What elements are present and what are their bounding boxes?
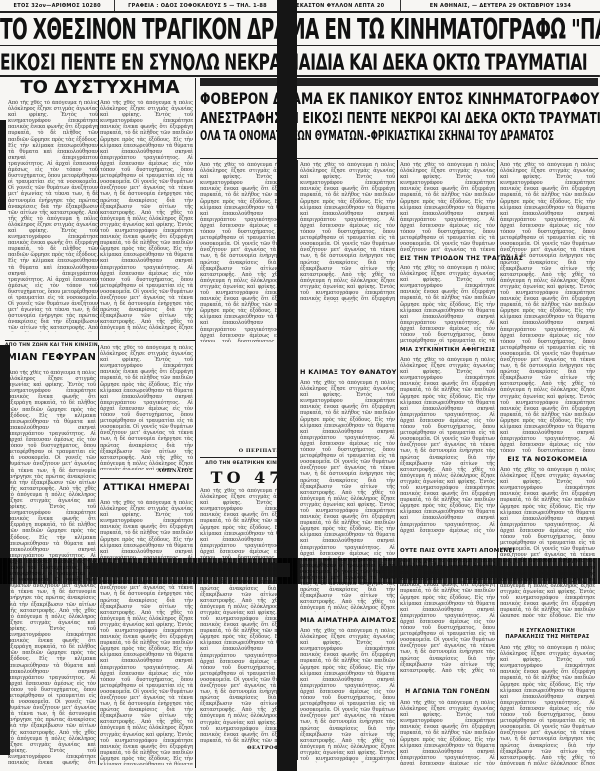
story-headline-accident: ΤΟ ΔΥΣΤΥΧΗΜΑ [10,77,190,98]
date-line: ΕΝ ΑΘΗΝΑΙΣ, — ΔΕΥΤΕΡΑ 29 ΟΚΤΩΒΡΙΟΥ 1934 [401,0,600,11]
column-divider [195,78,196,768]
banner-rule [0,45,600,46]
main-story-subheads: ΦΟΒΕΡΟΝ ΔΡΑΜΑ ΕΚ ΠΑΝΙΚΟΥ ΕΝΤΟΣ ΚΙΝΗΜΑΤΟΓ… [200,86,598,144]
text-column-2a: Απὸ τῆς χθὲς τὸ ἀπόγευμα ἡ πόλις ὁλόκληρ… [100,100,193,332]
text-column-1a: Απὸ τῆς χθὲς τὸ ἀπόγευμα ἡ πόλις ὁλόκληρ… [8,100,98,332]
section-rule [5,340,195,341]
fold-mark-horizontal-core [380,566,590,578]
banner-headline-1: ΤΟ ΧΘΕΣΙΝΟΝ ΤΡΑΓΙΚΟΝ ΔΡΑΜΑ ΕΝ ΤΩ ΚΙΝΗΜΑΤ… [0,13,600,43]
subhead-names: ΟΛΑ ΤΑ ΟΝΟΜΑΤΑ ΤΩΝ ΘΥΜΑΤΩΝ.-ΦΡΙΚΙΑΣΤΙΚΑΙ… [200,129,598,144]
column-divider [397,160,398,760]
headline-mother-plea: Η ΣΥΓΚΛΟΝΙΣΤΙΚΗ ΠΑΡΑΚΛΗΣΙΣ ΤΗΣ ΜΗΤΕΡΑΣ [500,628,595,640]
text-column-6b: Απὸ τῆς χθὲς τὸ ἀπόγευμα ἡ πόλις ὁλόκληρ… [500,467,595,617]
decorative-bar [200,78,598,86]
headline-parents-agony: Η ΑΓΩΝΙΑ ΤΩΝ ΓΟΝΕΩΝ [400,688,495,695]
fold-mark-left-edge [0,345,10,755]
text-column-5b: Απὸ τῆς χθὲς τὸ ἀπόγευμα ἡ πόλις ὁλόκληρ… [400,265,495,345]
headline-moving-account: ΜΙΑ ΣΥΓΚΙΝΗΤΙΚΗ ΑΦΗΓΗΣΙΣ [400,347,495,353]
text-column-5c: Απὸ τῆς χθὲς τὸ ἀπόγευμα ἡ πόλις ὁλόκληρ… [400,357,495,535]
column-divider [98,100,99,340]
headline-neither-bread: ΟΥΤΕ ΠΑΙΣ ΟΥΤΕ ΧΑΡΤΙ ΑΠΟΜΕΝΕΙ [400,548,495,554]
text-column-2b: Απὸ τῆς χθὲς τὸ ἀπόγευμα ἡ πόλις ὁλόκληρ… [100,345,193,470]
kicker-life: ΑΠΟ ΤΗΝ ΖΩΗΝ ΚΑΙ ΤΗΝ ΚΙΝΗΣΙΝ [5,343,98,348]
text-column-5e: Απὸ τῆς χθὲς τὸ ἀπόγευμα ἡ πόλις ὁλόκληρ… [400,700,495,765]
column-divider [497,160,498,760]
banner-headline-2: ΕΙΚΟΣΙ ΠΕΝΤΕ ΕΝ ΣΥΝΟΛΩ ΝΕΚΡΑ ΠΑΙΔΙΑ ΚΑΙ … [0,51,600,77]
headline-death-climax: Η ΚΛΙΜΑΞ ΤΟΥ ΘΑΝΑΤΟΥ [300,368,395,376]
fold-mark-vertical [277,0,297,771]
text-column-5a: Απὸ τῆς χθὲς τὸ ἀπόγευμα ἡ πόλις ὁλόκληρ… [400,162,495,252]
subhead-rule [200,158,598,159]
headline-hospitals: ΕΙΣ ΤΑ ΝΟΣΟΚΟΜΕΙΑ [500,455,595,463]
fold-mark-left-top [0,120,6,210]
headline-bridge: ΜΙΑΝ ΓΕΦΥΡΑΝ [5,352,98,363]
subhead-casualties: ΑΝΕΣΤΡΑΦΗΣΑΝ ΕΙΚΟΣΙ ΠΕΝΤΕ ΝΕΚΡΟΙ ΚΑΙ ΔΕΚ… [200,109,597,127]
column-divider [297,160,298,760]
headline-attic-days: ΑΤΤΙΚΑΙ ΗΜΕΡΑΙ [100,483,193,493]
text-column-4c: Απὸ τῆς χθὲς τὸ ἀπόγευμα ἡ πόλις ὁλόκληρ… [300,628,395,763]
text-column-6a: Απὸ τῆς χθὲς τὸ ἀπόγευμα ἡ πόλις ὁλόκληρ… [500,162,595,452]
text-column-2c: Απὸ τῆς χθὲς τὸ ἀπόγευμα ἡ πόλις ὁλόκληρ… [100,500,193,765]
section-rule [100,478,193,479]
fold-mark-horizontal-core [90,563,290,577]
headline-tragedy-crossroads: ΕΙΣ ΤΗΝ ΤΡΙΟΔΟΝ ΤΗΣ ΤΡΑΓΩΔΙΑΣ [400,255,495,262]
text-column-4a: Απὸ τῆς χθὲς τὸ ἀπόγευμα ἡ πόλις ὁλόκληρ… [300,162,395,302]
masthead: ΕΤΟΣ 32ον—ΑΡΙΘΜΟΣ 10280 ΓΡΑΦΕΙΑ : ΟΔΟΣ Σ… [0,0,600,13]
price: ΕΚΑΣΤΟΝ ΦΥΛΛΟΝ ΛΕΠΤΑ 20 [281,0,401,11]
office-address: ΓΡΑΦΕΙΑ : ΟΔΟΣ ΣΟΦΟΚΛΕΟΥΣ 5 — ΤΗΛ. 1-88 [115,0,280,11]
issue-number: ΕΤΟΣ 32ον—ΑΡΙΘΜΟΣ 10280 [0,0,115,11]
newspaper-page: ΕΤΟΣ 32ον—ΑΡΙΘΜΟΣ 10280 ΓΡΑΦΕΙΑ : ΟΔΟΣ Σ… [0,0,600,771]
text-column-6c: Απὸ τῆς χθὲς τὸ ἀπόγευμα ἡ πόλις ὁλόκληρ… [500,645,595,765]
column-divider [98,345,99,765]
signature-athenian: ΑΘΗΝΑΙΟΣ [100,468,199,474]
subhead-panic: ΦΟΒΕΡΟΝ ΔΡΑΜΑ ΕΚ ΠΑΝΙΚΟΥ ΕΝΤΟΣ ΚΙΝΗΜΑΤΟΓ… [200,89,598,108]
headline-blood-tribute: ΜΙΑ ΑΙΜΑΤΗΡΑ ΑΙΜΑΤΟΣ [300,616,395,624]
